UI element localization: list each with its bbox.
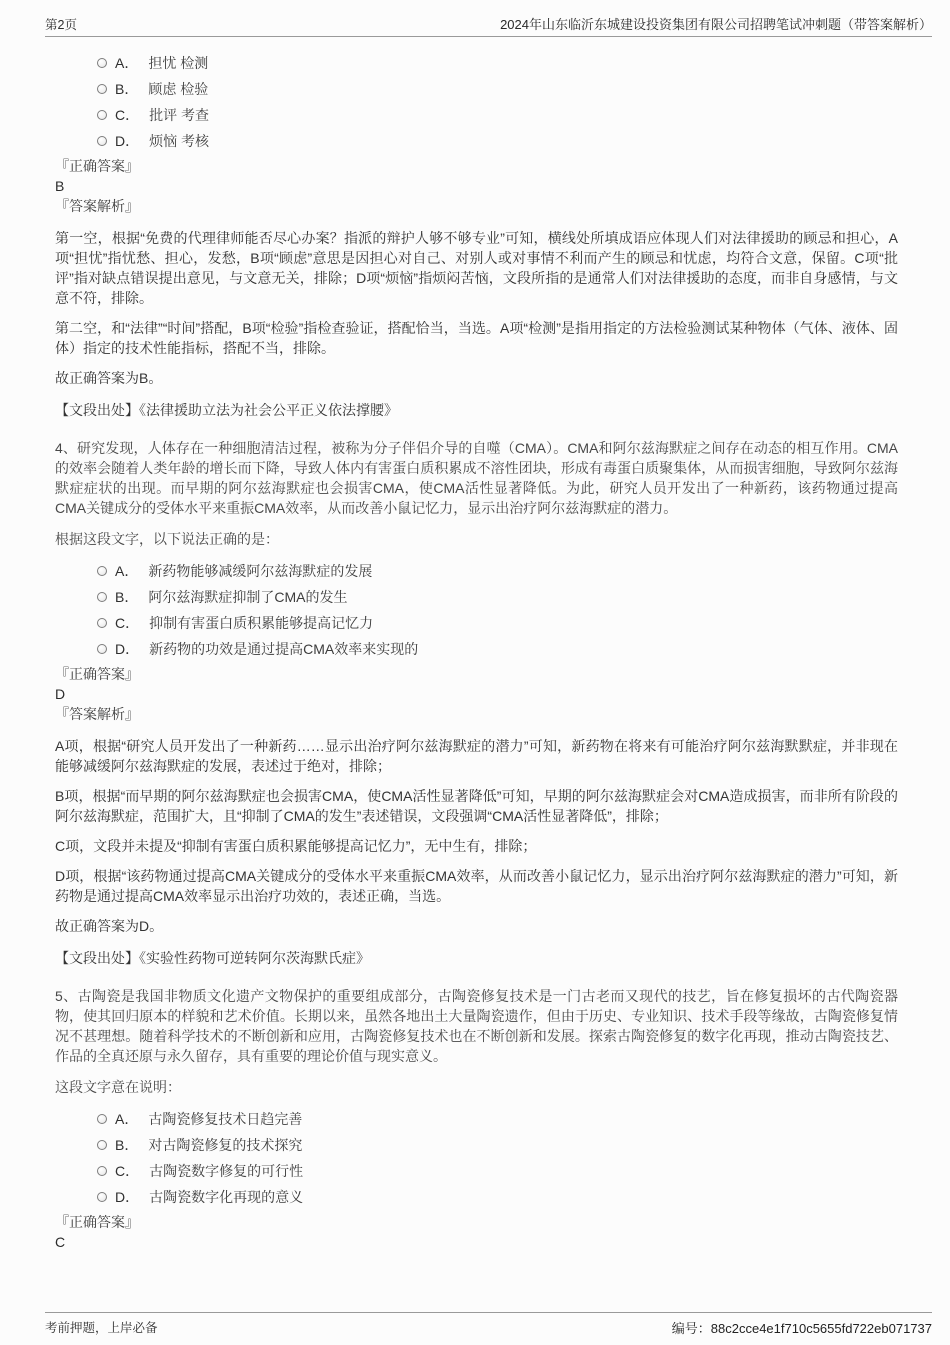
option-letter: D． (115, 639, 139, 659)
answer-analysis-label: 『答案解析』 (55, 196, 898, 216)
radio-button-icon[interactable] (97, 136, 107, 146)
analysis-paragraph: 第一空，根据“免费的代理律师能否尽心办案？指派的辩护人够不够专业”可知，横线处所… (55, 228, 898, 308)
document-page: 第2页 2024年山东临沂东城建设投资集团有限公司招聘笔试冲刺题（带答案解析） … (0, 0, 950, 1345)
radio-button-icon[interactable] (97, 1140, 107, 1150)
correct-answer-value: B (55, 176, 898, 196)
option-b: B． 顾虑 检验 (97, 76, 898, 102)
correct-answer-label: 『正确答案』 (55, 156, 898, 176)
radio-button-icon[interactable] (97, 84, 107, 94)
correct-answer-label: 『正确答案』 (55, 664, 898, 684)
option-text: 古陶瓷数字化再现的意义 (149, 1187, 303, 1207)
source-line: 【文段出处】《实验性药物可逆转阿尔茨海默氏症》 (55, 948, 898, 968)
option-letter: C． (115, 1161, 139, 1181)
conclusion-line: 故正确答案为B。 (55, 368, 898, 388)
option-a: A． 古陶瓷修复技术日趋完善 (97, 1106, 898, 1132)
option-a: A． 新药物能够减缓阿尔兹海默症的发展 (97, 558, 898, 584)
correct-answer-value: C (55, 1232, 898, 1252)
option-d: D． 古陶瓷数字化再现的意义 (97, 1184, 898, 1210)
option-text: 批评 考查 (149, 105, 209, 125)
option-d: D． 新药物的功效是通过提高CMA效率来实现的 (97, 636, 898, 662)
conclusion-line: 故正确答案为D。 (55, 916, 898, 936)
question4-options: A． 新药物能够减缓阿尔兹海默症的发展 B． 阿尔兹海默症抑制了CMA的发生 C… (55, 558, 898, 662)
radio-button-icon[interactable] (97, 110, 107, 120)
page-footer: 考前押题，上岸必备 编号：88c2cce4e1f710c5655fd722eb0… (45, 1312, 932, 1337)
option-letter: A． (115, 1109, 138, 1129)
option-c: C． 古陶瓷数字修复的可行性 (97, 1158, 898, 1184)
question5-options: A． 古陶瓷修复技术日趋完善 B． 对古陶瓷修复的技术探究 C． 古陶瓷数字修复… (55, 1106, 898, 1210)
option-c: C． 批评 考查 (97, 102, 898, 128)
analysis-paragraph: A项，根据“研究人员开发出了一种新药……显示出治疗阿尔兹海默症的潜力”可知，新药… (55, 736, 898, 776)
option-letter: D． (115, 1187, 139, 1207)
source-line: 【文段出处】《法律援助立法为社会公平正义依法撑腰》 (55, 400, 898, 420)
option-letter: A． (115, 561, 138, 581)
radio-button-icon[interactable] (97, 566, 107, 576)
correct-answer-label: 『正确答案』 (55, 1212, 898, 1232)
radio-button-icon[interactable] (97, 644, 107, 654)
option-text: 古陶瓷数字修复的可行性 (149, 1161, 303, 1181)
option-letter: A． (115, 53, 138, 73)
correct-answer-value: D (55, 684, 898, 704)
radio-button-icon[interactable] (97, 1114, 107, 1124)
option-c: C． 抑制有害蛋白质积累能够提高记忆力 (97, 610, 898, 636)
option-letter: C． (115, 105, 139, 125)
option-letter: B． (115, 79, 138, 99)
question4-prompt: 根据这段文字，以下说法正确的是： (55, 529, 898, 549)
option-b: B． 对古陶瓷修复的技术探究 (97, 1132, 898, 1158)
option-b: B． 阿尔兹海默症抑制了CMA的发生 (97, 584, 898, 610)
question4-stem: 4、研究发现，人体存在一种细胞清洁过程，被称为分子伴侣介导的自噬（CMA）。CM… (55, 438, 898, 518)
document-code: 编号：88c2cce4e1f710c5655fd722eb071737 (672, 1318, 932, 1337)
option-a: A． 担忧 检测 (97, 50, 898, 76)
analysis-paragraph: D项，根据“该药物通过提高CMA关键成分的受体水平来重振CMA效率，从而改善小鼠… (55, 866, 898, 906)
radio-button-icon[interactable] (97, 1192, 107, 1202)
question5-answer-block: 『正确答案』 C (55, 1212, 898, 1252)
option-d: D． 烦恼 考核 (97, 128, 898, 154)
question5-prompt: 这段文字意在说明： (55, 1077, 898, 1097)
document-title: 2024年山东临沂东城建设投资集团有限公司招聘笔试冲刺题（带答案解析） (500, 14, 932, 33)
option-text: 抑制有害蛋白质积累能够提高记忆力 (149, 613, 373, 633)
radio-button-icon[interactable] (97, 58, 107, 68)
option-text: 顾虑 检验 (148, 79, 208, 99)
question5-stem: 5、古陶瓷是我国非物质文化遗产文物保护的重要组成部分，古陶瓷修复技术是一门古老而… (55, 986, 898, 1066)
page-content: A． 担忧 检测 B． 顾虑 检验 C． 批评 考查 D． 烦恼 考核 『正确答… (55, 50, 898, 1264)
analysis-paragraph: B项，根据“而早期的阿尔兹海默症也会损害CMA，使CMA活性显著降低”可知，早期… (55, 786, 898, 826)
option-text: 烦恼 考核 (149, 131, 209, 151)
page-header: 第2页 2024年山东临沂东城建设投资集团有限公司招聘笔试冲刺题（带答案解析） (45, 14, 932, 37)
question3-options: A． 担忧 检测 B． 顾虑 检验 C． 批评 考查 D． 烦恼 考核 (55, 50, 898, 154)
radio-button-icon[interactable] (97, 618, 107, 628)
answer-analysis-label: 『答案解析』 (55, 704, 898, 724)
option-letter: C． (115, 613, 139, 633)
option-text: 新药物的功效是通过提高CMA效率来实现的 (149, 639, 418, 659)
page-number: 第2页 (45, 15, 77, 33)
footer-slogan: 考前押题，上岸必备 (45, 1318, 158, 1337)
option-text: 新药物能够减缓阿尔兹海默症的发展 (148, 561, 372, 581)
option-text: 对古陶瓷修复的技术探究 (148, 1135, 302, 1155)
option-letter: B． (115, 1135, 138, 1155)
radio-button-icon[interactable] (97, 592, 107, 602)
question4-answer-block: 『正确答案』 D 『答案解析』 (55, 664, 898, 724)
analysis-paragraph: C项，文段并未提及“抑制有害蛋白质积累能够提高记忆力”，无中生有，排除； (55, 836, 898, 856)
radio-button-icon[interactable] (97, 1166, 107, 1176)
option-letter: D． (115, 131, 139, 151)
question3-answer-block: 『正确答案』 B 『答案解析』 (55, 156, 898, 216)
analysis-paragraph: 第二空，和“法律”“时间”搭配，B项“检验”指检查验证，搭配恰当，当选。A项“检… (55, 318, 898, 358)
option-text: 古陶瓷修复技术日趋完善 (148, 1109, 302, 1129)
option-text: 担忧 检测 (148, 53, 208, 73)
option-letter: B． (115, 587, 138, 607)
option-text: 阿尔兹海默症抑制了CMA的发生 (148, 587, 347, 607)
